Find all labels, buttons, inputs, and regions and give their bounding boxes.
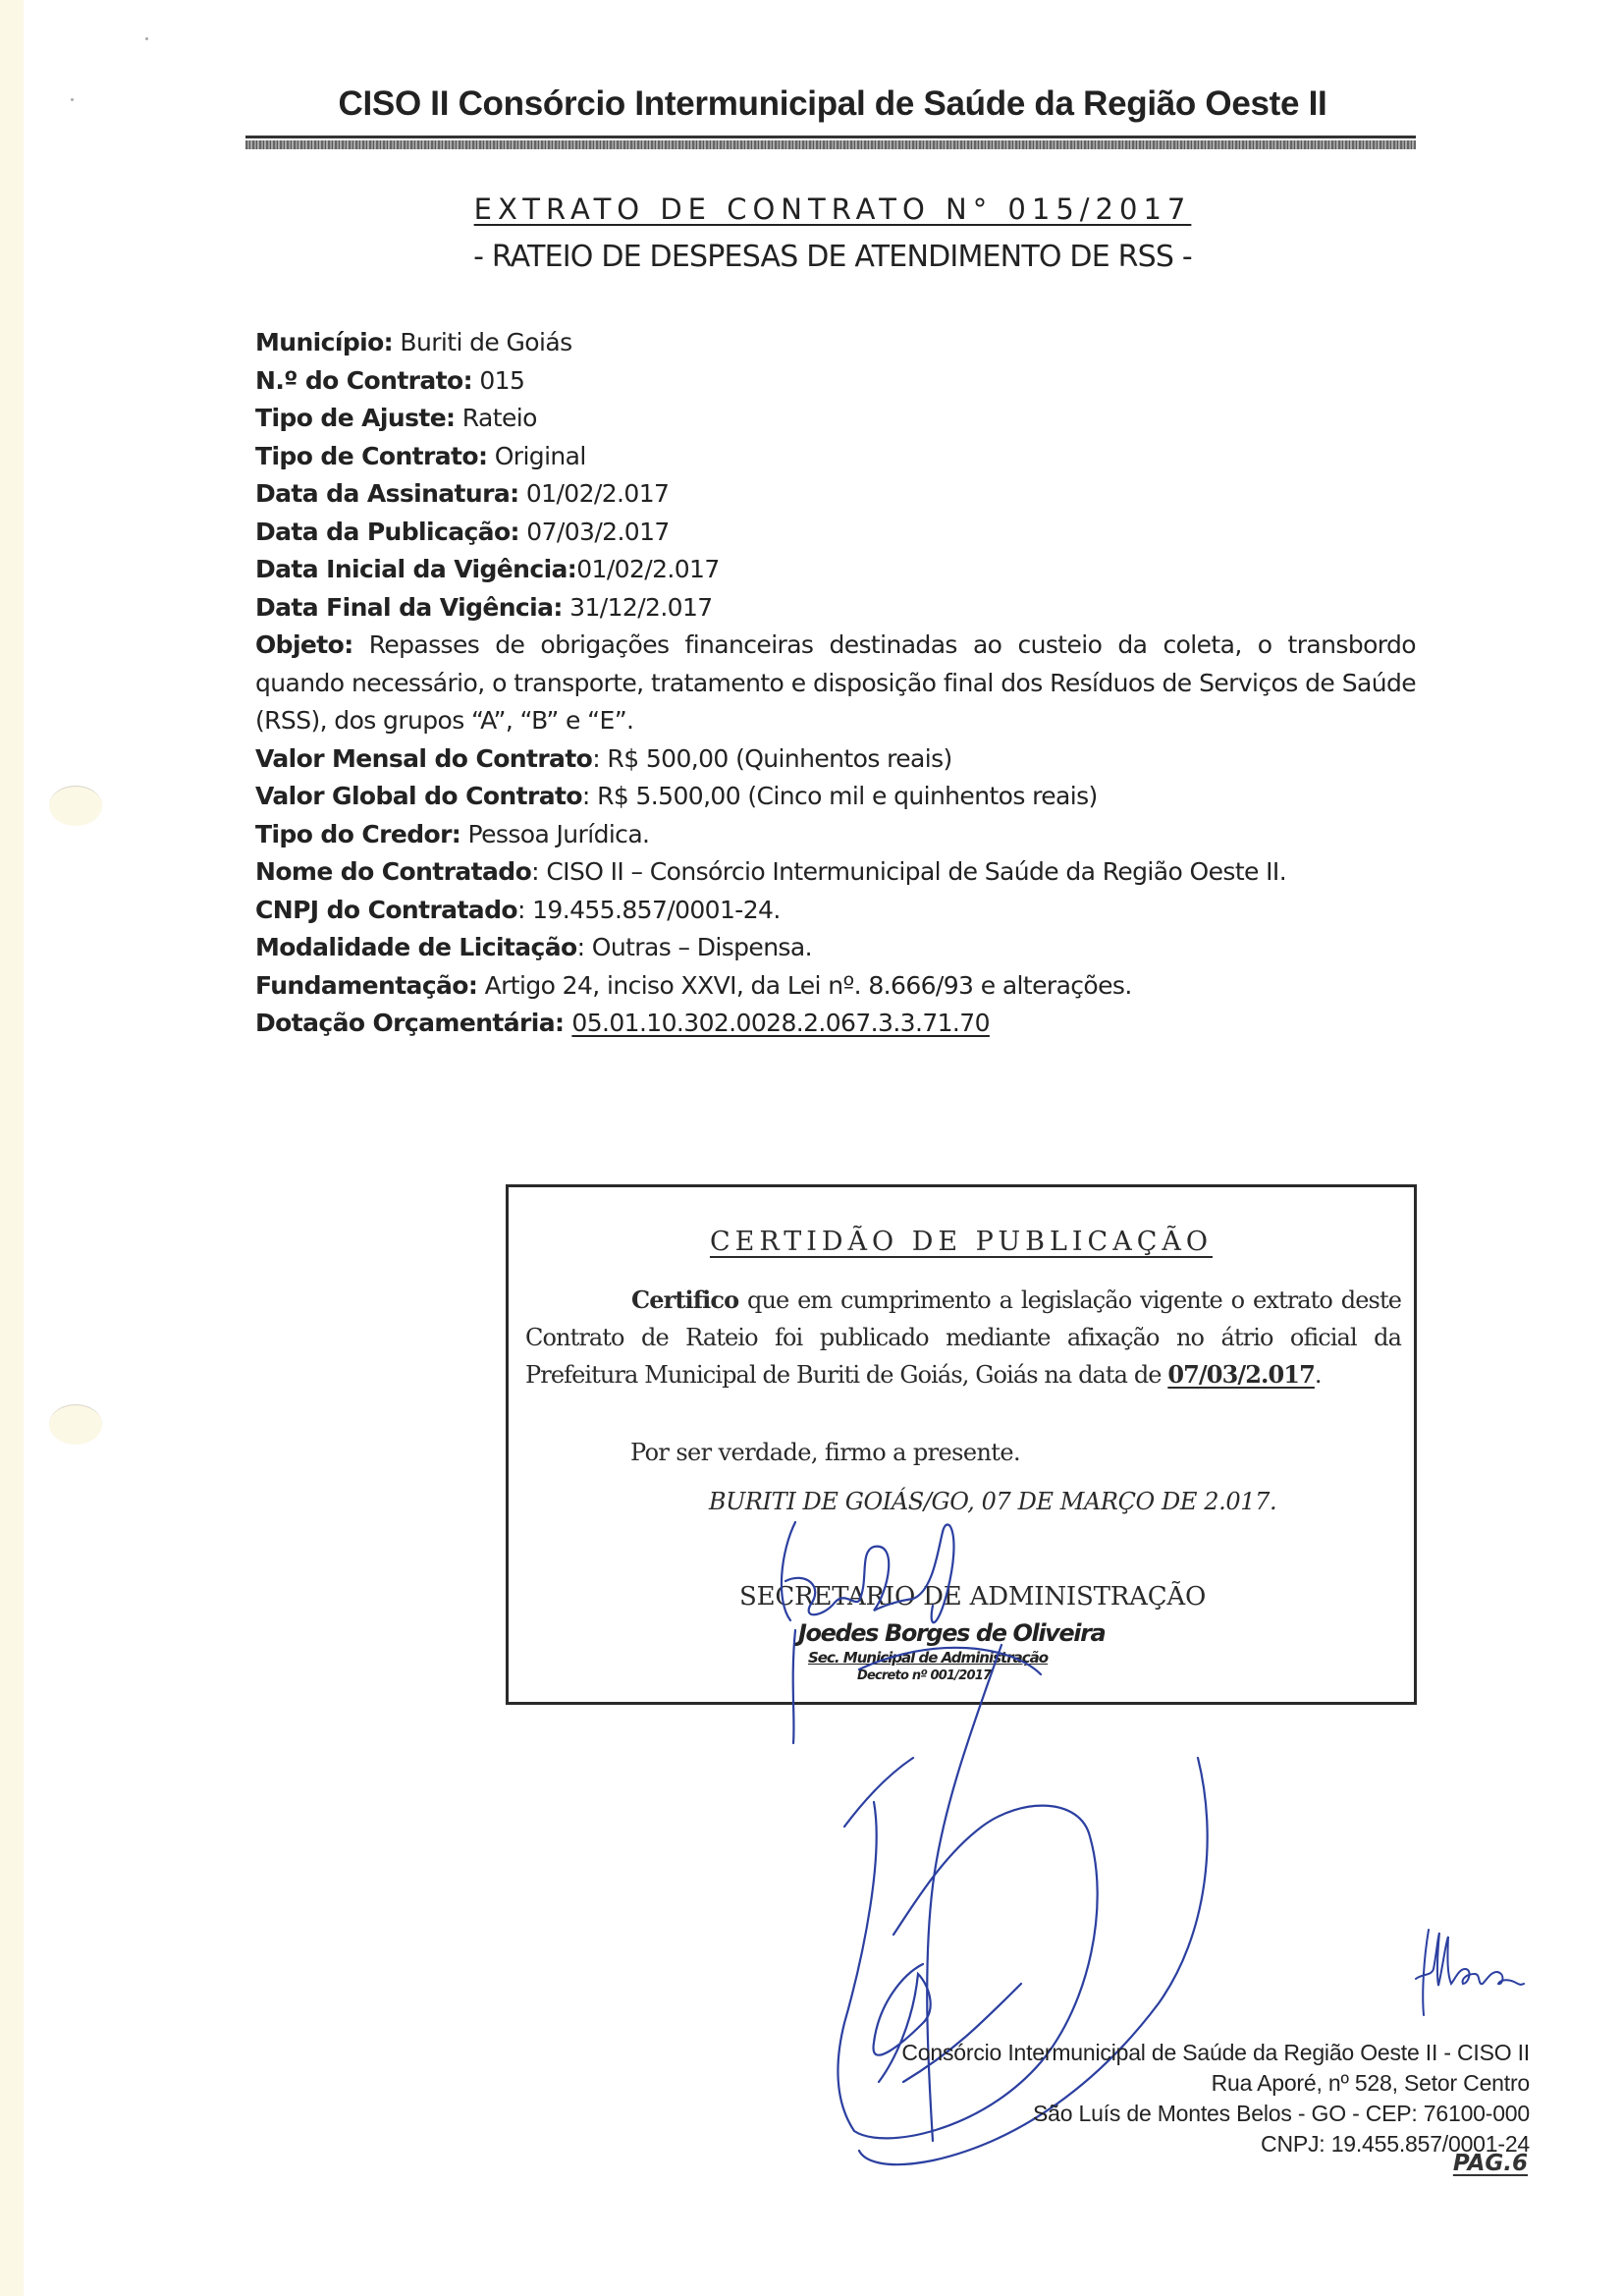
publication-certificate: CERTIDÃO DE PUBLICAÇÃO Certifico que em … — [506, 1184, 1417, 1705]
field-value: 31/12/2.017 — [563, 593, 713, 622]
organization-header: CISO II Consórcio Intermunicipal de Saúd… — [253, 84, 1412, 124]
field-row: Tipo do Credor: Pessoa Jurídica. — [255, 816, 1416, 854]
signatory-stamp: Joedes Borges de Oliveira Sec. Municipal… — [798, 1619, 1105, 1683]
field-row: Data da Publicação: 07/03/2.017 — [255, 514, 1416, 552]
field-value: : R$ 5.500,00 (Cinco mil e quinhentos re… — [582, 782, 1098, 810]
field-value: : Outras – Dispensa. — [577, 933, 812, 961]
contract-fields: Município: Buriti de GoiásN.º do Contrat… — [255, 324, 1416, 1043]
field-row: N.º do Contrato: 015 — [255, 362, 1416, 401]
footer-org: Consórcio Intermunicipal de Saúde da Reg… — [901, 2038, 1530, 2068]
field-value: Rateio — [455, 404, 536, 432]
scan-speck — [71, 98, 74, 101]
field-value: 05.01.10.302.0028.2.067.3.3.71.70 — [571, 1009, 990, 1037]
field-row: Data Final da Vigência: 31/12/2.017 — [255, 589, 1416, 628]
field-row: Município: Buriti de Goiás — [255, 324, 1416, 362]
field-value: : R$ 500,00 (Quinhentos reais) — [592, 744, 951, 773]
header-rule-pattern — [245, 140, 1416, 149]
certificate-title: CERTIDÃO DE PUBLICAÇÃO — [509, 1227, 1414, 1257]
scan-edge-strip — [0, 0, 24, 2296]
field-label: Data da Assinatura: — [255, 479, 519, 508]
certificate-place-date: BURITI DE GOIÁS/GO, 07 DE MARÇO DE 2.017… — [509, 1488, 1388, 1515]
field-label: Nome do Contratado — [255, 857, 531, 886]
field-value: Pessoa Jurídica. — [460, 820, 649, 848]
field-row: Dotação Orçamentária:05.01.10.302.0028.2… — [255, 1005, 1416, 1043]
field-label: Dotação Orçamentária: — [255, 1009, 564, 1037]
stamp-role: Sec. Municipal de Administração — [808, 1649, 1105, 1667]
field-row: Data Inicial da Vigência:01/02/2.017 — [255, 551, 1416, 589]
field-label: Data da Publicação: — [255, 518, 519, 546]
stamp-decree: Decreto nº 001/2017 — [857, 1668, 1105, 1683]
field-value: : CISO II – Consórcio Intermunicipal de … — [531, 857, 1286, 886]
page-number: PAG.6 — [1453, 2151, 1528, 2176]
punch-hole — [49, 1404, 102, 1445]
field-value: Buriti de Goiás — [393, 328, 571, 356]
field-label: Data Final da Vigência: — [255, 593, 563, 622]
field-value: 01/02/2.017 — [519, 479, 670, 508]
field-label: Tipo de Ajuste: — [255, 404, 455, 432]
field-row: Tipo de Contrato: Original — [255, 438, 1416, 476]
field-label: CNPJ do Contratado — [255, 896, 517, 924]
field-label: Tipo do Credor: — [255, 820, 460, 848]
punch-hole — [49, 786, 102, 826]
certificate-date: 07/03/2.017 — [1167, 1360, 1315, 1389]
footer-street: Rua Aporé, nº 528, Setor Centro — [901, 2068, 1530, 2099]
field-row: Nome do Contratado: CISO II – Consórcio … — [255, 853, 1416, 892]
footer-address: Consórcio Intermunicipal de Saúde da Reg… — [901, 2038, 1530, 2159]
field-row: Valor Mensal do Contrato: R$ 500,00 (Qui… — [255, 740, 1416, 779]
initials-signature-icon — [1404, 1925, 1532, 2023]
field-label: Valor Global do Contrato — [255, 782, 582, 810]
stamp-name: Joedes Borges de Oliveira — [798, 1619, 1105, 1647]
field-label: Modalidade de Licitação — [255, 933, 577, 961]
certificate-closing: Por ser verdade, firmo a presente. — [630, 1439, 1020, 1466]
field-row: CNPJ do Contratado: 19.455.857/0001-24. — [255, 892, 1416, 930]
scan-speck — [145, 37, 148, 40]
field-label: Valor Mensal do Contrato — [255, 744, 592, 773]
footer-cnpj: CNPJ: 19.455.857/0001-24 — [901, 2129, 1530, 2159]
field-row: Tipo de Ajuste: Rateio — [255, 400, 1416, 438]
field-label: Objeto: — [255, 630, 353, 659]
field-label: Município: — [255, 328, 393, 356]
field-value: Artigo 24, inciso XXVI, da Lei nº. 8.666… — [477, 971, 1131, 1000]
field-value: Repasses de obrigações financeiras desti… — [255, 630, 1416, 735]
field-label: Tipo de Contrato: — [255, 442, 487, 470]
field-row: Modalidade de Licitação: Outras – Dispen… — [255, 929, 1416, 967]
certificate-body: Certifico que em cumprimento a legislaçã… — [525, 1282, 1401, 1394]
document-title: EXTRATO DE CONTRATO N° 015/2017 — [253, 192, 1412, 226]
field-label: Data Inicial da Vigência: — [255, 555, 576, 583]
field-row: Valor Global do Contrato: R$ 5.500,00 (C… — [255, 778, 1416, 816]
field-row: Fundamentação: Artigo 24, inciso XXVI, d… — [255, 967, 1416, 1006]
document-subtitle: - RATEIO DE DESPESAS DE ATENDIMENTO DE R… — [253, 240, 1412, 274]
field-row: Objeto: Repasses de obrigações financeir… — [255, 627, 1416, 740]
signatory-role: SECRETARIO DE ADMINISTRAÇÃO — [739, 1582, 1206, 1612]
field-label: N.º do Contrato: — [255, 366, 472, 395]
field-value: : 19.455.857/0001-24. — [517, 896, 781, 924]
field-label: Fundamentação: — [255, 971, 477, 1000]
field-value: 07/03/2.017 — [519, 518, 670, 546]
field-row: Data da Assinatura: 01/02/2.017 — [255, 475, 1416, 514]
field-value: 01/02/2.017 — [576, 555, 719, 583]
header-rule — [245, 136, 1416, 138]
field-value: 015 — [472, 366, 524, 395]
footer-city: São Luís de Montes Belos - GO - CEP: 761… — [901, 2099, 1530, 2129]
field-value: Original — [487, 442, 585, 470]
